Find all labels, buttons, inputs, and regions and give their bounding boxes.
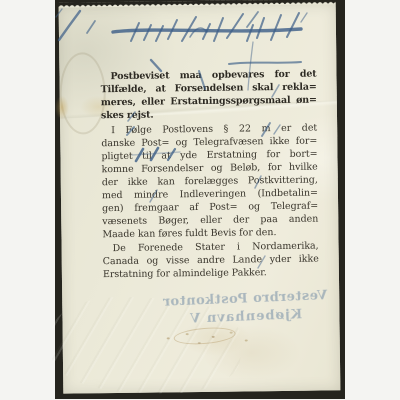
paragraph: I Følge Postlovens § 22 m er detdanske P… bbox=[101, 121, 318, 241]
scan-background: Postbeviset maa opbevares for detTilfæld… bbox=[0, 0, 400, 400]
postmark-bleedthrough-circle bbox=[59, 52, 106, 135]
text-line: Canada og visse andre Lande yder ikke bbox=[103, 253, 319, 269]
paragraph: De Forenede Stater i Nordamerika,Canada … bbox=[103, 240, 319, 282]
text-line: væsenets Bøger, eller der paa anden bbox=[102, 212, 318, 228]
document-text: Postbeviset maa opbevares for detTilfæld… bbox=[100, 68, 319, 282]
paragraph: Postbeviset maa opbevares for detTilfæld… bbox=[100, 68, 317, 123]
text-line: Erstatning for almindelige Pakker. bbox=[103, 266, 319, 282]
text-line: Maade kan føres fuldt Bevis for den. bbox=[102, 225, 318, 241]
stain-specks bbox=[167, 337, 170, 339]
text-line: meres, eller Erstatningsspørgsmaal øn= bbox=[101, 94, 317, 110]
postal-receipt-document: Postbeviset maa opbevares for detTilfæld… bbox=[59, 3, 341, 393]
perforation-edge bbox=[59, 0, 336, 8]
text-line: skes rejst. bbox=[101, 107, 317, 123]
ink-smudge bbox=[55, 96, 69, 120]
photo-backdrop: Postbeviset maa opbevares for detTilfæld… bbox=[55, 0, 345, 399]
office-stamp-bleedthrough: Vesterbro Postkontor Kjøbenhavn V bbox=[130, 287, 361, 329]
